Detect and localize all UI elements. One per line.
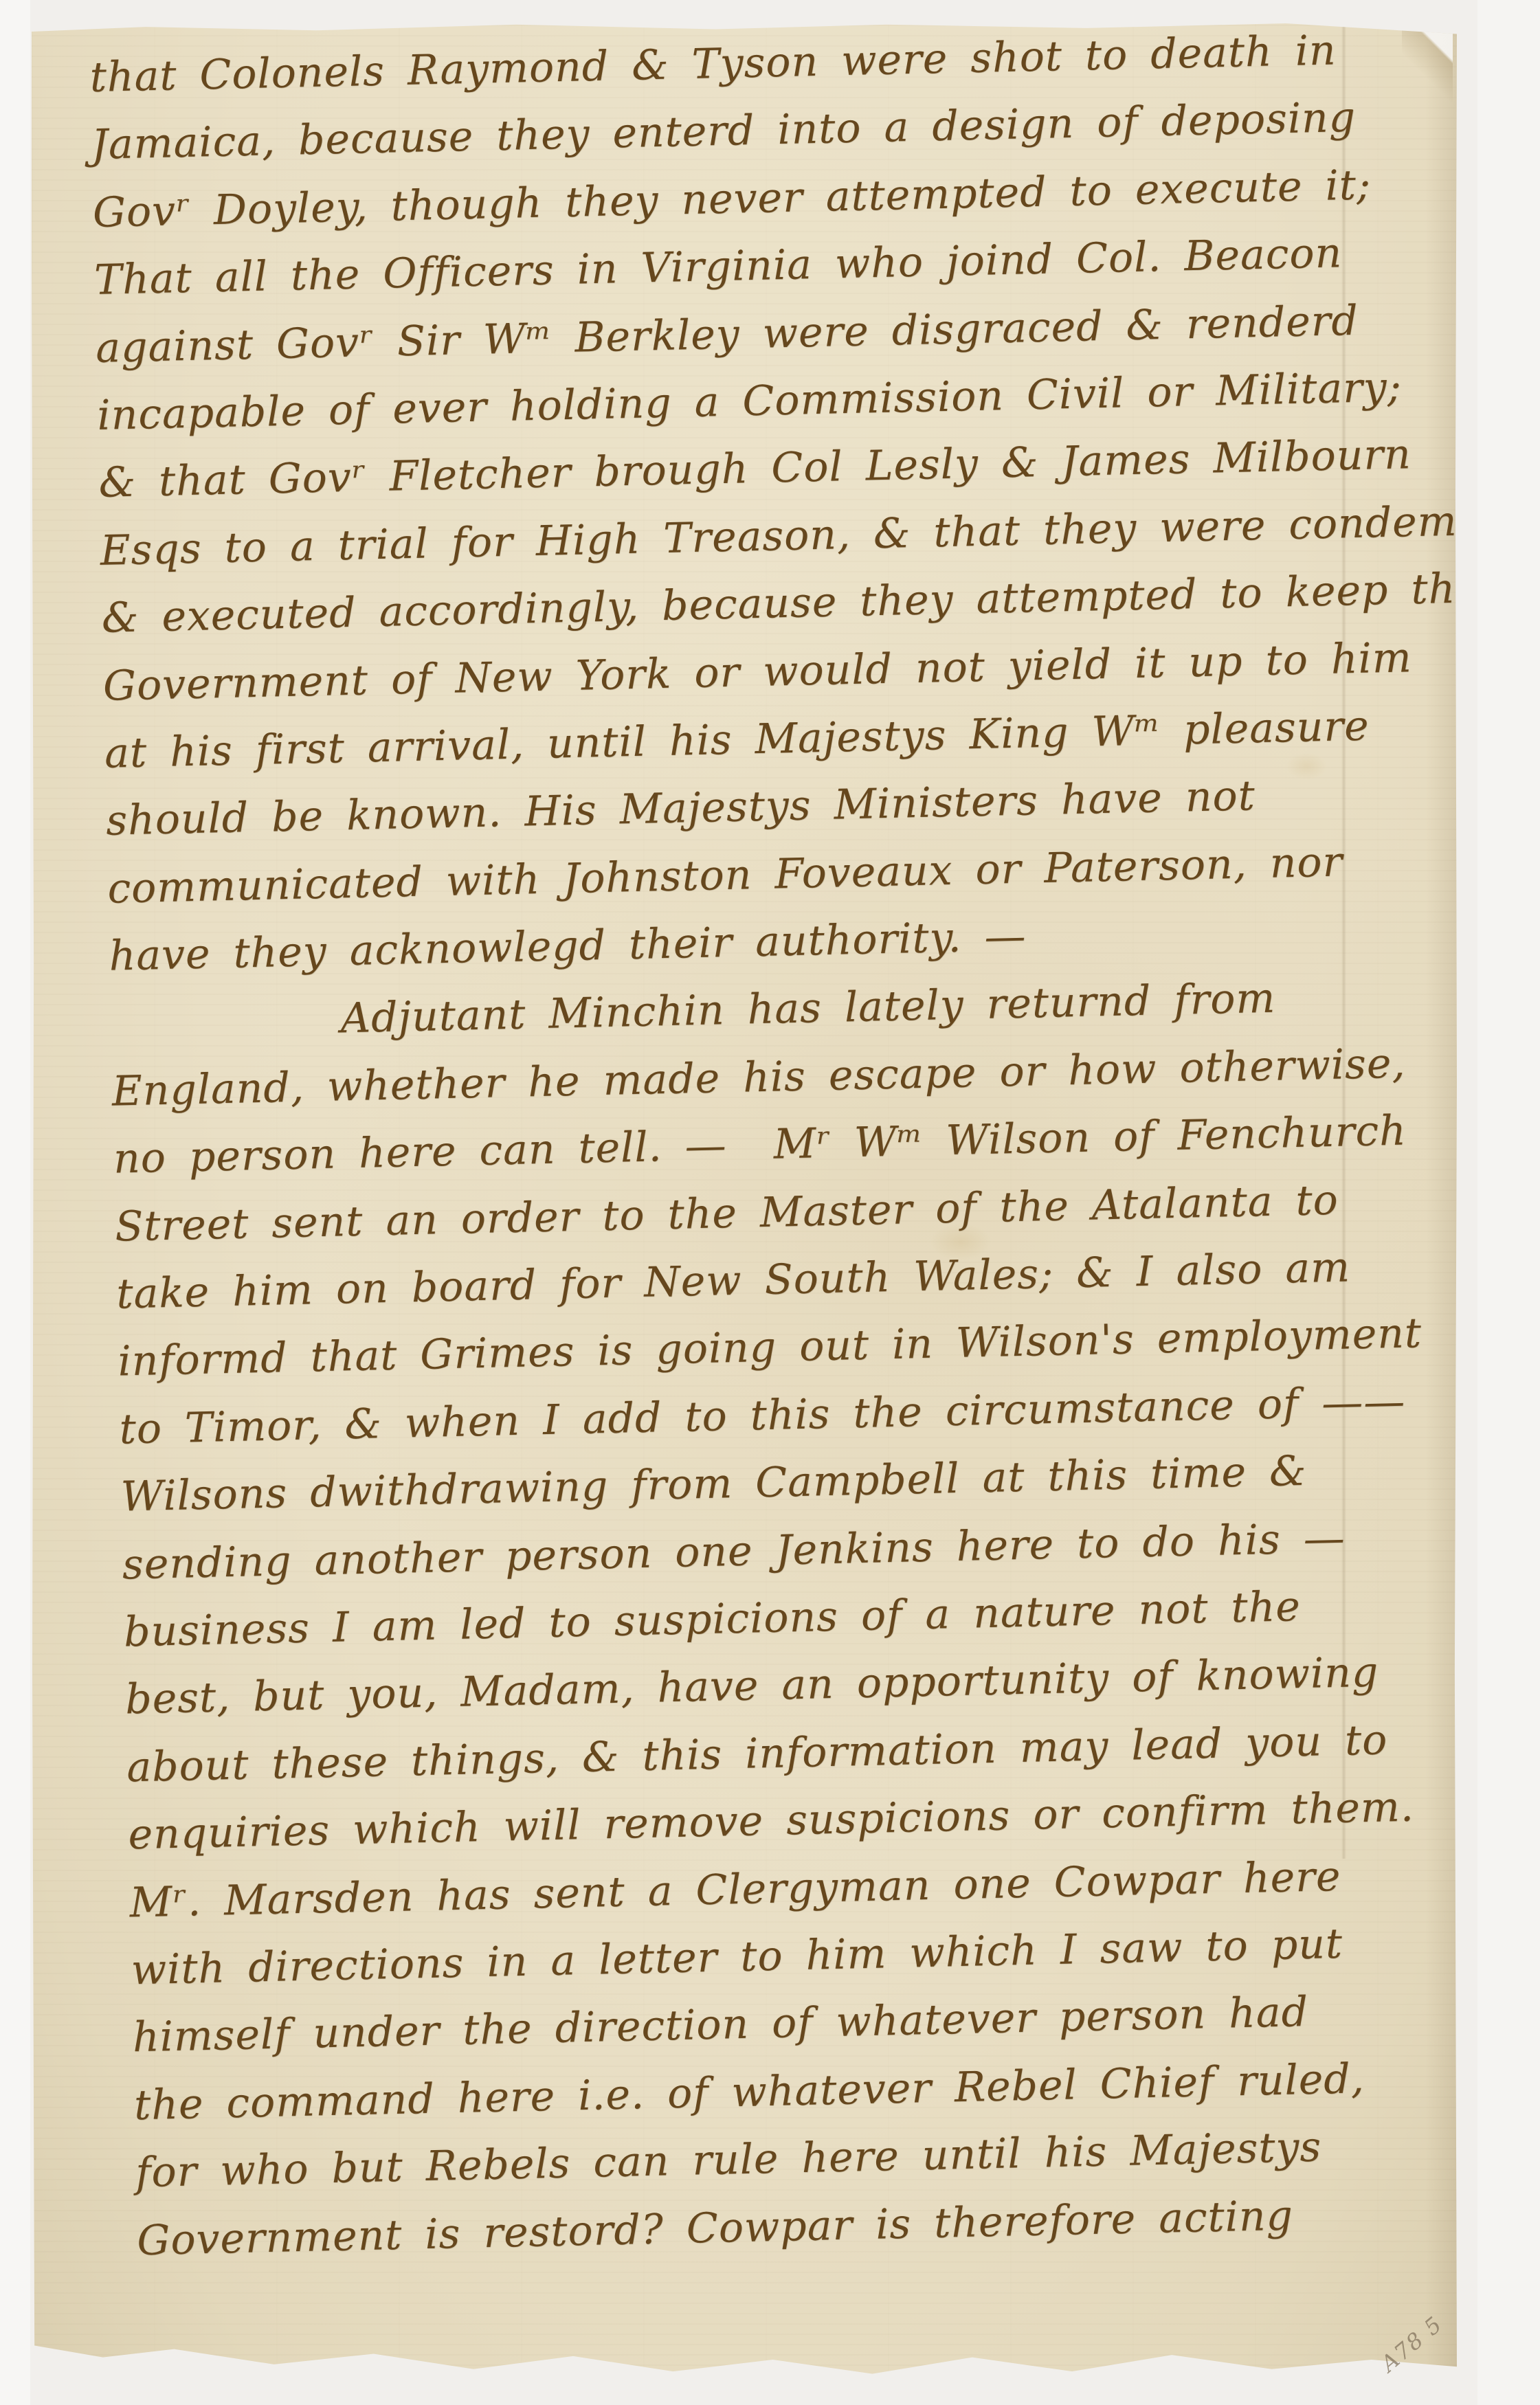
letter-page: that Colonels Raymond & Tyson were shot … <box>32 23 1457 2376</box>
letter-line-right: Mʳ Wᵐ Wilson of Fenchurch <box>773 1107 1407 1188</box>
paper-right-edge-shadow <box>1425 23 1457 2376</box>
letter-line-left: no person here can tell. — <box>113 1121 728 1202</box>
paper-corner-fold <box>1402 26 1453 106</box>
scanned-letter-page: { "letter": { "description": "handwritte… <box>0 0 1540 2405</box>
letter-body: that Colonels Raymond & Tyson were shot … <box>89 25 1431 2284</box>
